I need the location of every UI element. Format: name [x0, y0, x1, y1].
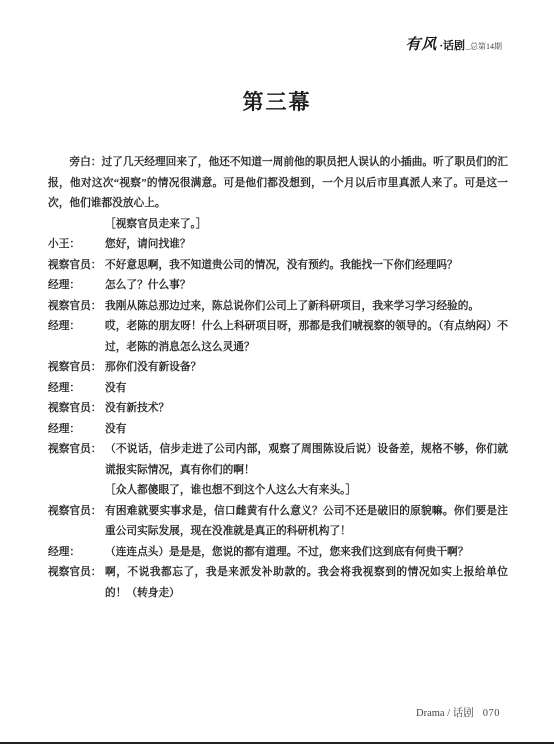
dialogue-text: 您好，请问找谁？ — [105, 234, 508, 255]
magazine-page: 有风·话剧_总第14期 第三幕 旁白：过了几天经理回来了，他还不知道一周前他的职… — [0, 0, 554, 752]
page-footer: Drama / 话剧070 — [416, 705, 500, 720]
dialogue-row: 小王： 您好，请问找谁？ — [48, 234, 508, 255]
speaker-label: 经理： — [48, 378, 105, 399]
dialogue-row: 经理： 哎，老陈的朋友呀！什么上科研项目呀，那都是我们唬视察的领导的。（有点纳闷… — [48, 316, 508, 357]
dialogue-row: 视察官员： 不好意思啊，我不知道贵公司的情况，没有预约。我能找一下你们经理吗？ — [48, 255, 508, 276]
speaker-label: 视察官员： — [48, 501, 105, 522]
dialogue-row: 视察官员： 啊，不说我都忘了，我是来派发补助款的。我会将我视察到的情况如实上报给… — [48, 562, 508, 603]
speaker-label: 视察官员： — [48, 398, 105, 419]
dialogue-text: 那你们没有新设备？ — [105, 357, 508, 378]
speaker-label: 经理： — [48, 419, 105, 440]
dialogue-text: 哎，老陈的朋友呀！什么上科研项目呀，那都是我们唬视察的领导的。（有点纳闷）不过，… — [105, 316, 508, 357]
dialogue-row: 经理： （连连点头）是是是，您说的都有道理。不过，您来我们这到底有何贵干啊？ — [48, 542, 508, 563]
speaker-label: 经理： — [48, 542, 105, 563]
dialogue-row: 经理： 没有 — [48, 378, 508, 399]
act-title: 第三幕 — [0, 86, 554, 116]
dialogue-text: 啊，不说我都忘了，我是来派发补助款的。我会将我视察到的情况如实上报给单位的！（转… — [105, 562, 508, 603]
dialogue-text: （连连点头）是是是，您说的都有道理。不过，您来我们这到底有何贵干啊？ — [105, 542, 508, 563]
dialogue-list: ［视察官员走来了。］ 小王： 您好，请问找谁？ 视察官员： 不好意思啊，我不知道… — [48, 214, 508, 604]
speaker-label: 视察官员： — [48, 296, 105, 317]
speaker-label: 小王： — [48, 234, 105, 255]
dialogue-row: ［视察官员走来了。］ — [48, 214, 508, 235]
dialogue-row: ［众人都傻眼了，谁也想不到这个人这么大有来头。］ — [48, 480, 508, 501]
dialogue-row: 视察官员： 我刚从陈总那边过来，陈总说你们公司上了新科研项目，我来学习学习经验的… — [48, 296, 508, 317]
script-body: 旁白：过了几天经理回来了，他还不知道一周前他的职员把人误认的小插曲。听了职员们的… — [48, 152, 508, 603]
speaker-label: 视察官员： — [48, 439, 105, 460]
page-bottom-edge — [0, 742, 554, 744]
dialogue-text: ［众人都傻眼了，谁也想不到这个人这么大有来头。］ — [105, 480, 508, 501]
dialogue-text: 没有 — [105, 378, 508, 399]
footer-section-label: Drama / 话剧 — [416, 708, 474, 719]
dialogue-row: 视察官员： 有困难就要实事求是，信口雌黄有什么意义？公司不还是破旧的原貌嘛。你们… — [48, 501, 508, 542]
magazine-logo: 有风 — [405, 37, 437, 53]
dialogue-row: 视察官员： 没有新技术？ — [48, 398, 508, 419]
speaker-label: 经理： — [48, 316, 105, 337]
speaker-label: 视察官员： — [48, 562, 105, 583]
dialogue-text: ［视察官员走来了。］ — [105, 214, 508, 235]
dialogue-row: 经理： 怎么了？什么事？ — [48, 275, 508, 296]
dialogue-row: 视察官员： 那你们没有新设备？ — [48, 357, 508, 378]
dialogue-text: 没有新技术？ — [105, 398, 508, 419]
speaker-label: 经理： — [48, 275, 105, 296]
dialogue-text: 怎么了？什么事？ — [105, 275, 508, 296]
dialogue-row: 视察官员： （不说话，信步走进了公司内部，观察了周围陈设后说）设备差，规格不够，… — [48, 439, 508, 480]
footer-page-number: 070 — [483, 708, 500, 719]
narration-paragraph: 旁白：过了几天经理回来了，他还不知道一周前他的职员把人误认的小插曲。听了职员们的… — [48, 152, 508, 214]
page-header: 有风·话剧_总第14期 — [405, 33, 502, 54]
dialogue-text: 有困难就要实事求是，信口雌黄有什么意义？公司不还是破旧的原貌嘛。你们要是注重公司… — [105, 501, 508, 542]
speaker-label: 视察官员： — [48, 357, 105, 378]
dialogue-text: 没有 — [105, 419, 508, 440]
dialogue-text: （不说话，信步走进了公司内部，观察了周围陈设后说）设备差，规格不够，你们就谎报实… — [105, 439, 508, 480]
dialogue-text: 不好意思啊，我不知道贵公司的情况，没有预约。我能找一下你们经理吗？ — [105, 255, 508, 276]
speaker-label: 视察官员： — [48, 255, 105, 276]
magazine-section-label: ·话剧 — [439, 40, 465, 52]
dialogue-row: 经理： 没有 — [48, 419, 508, 440]
dialogue-text: 我刚从陈总那边过来，陈总说你们公司上了新科研项目，我来学习学习经验的。 — [105, 296, 508, 317]
issue-number-label: _总第14期 — [466, 42, 502, 51]
